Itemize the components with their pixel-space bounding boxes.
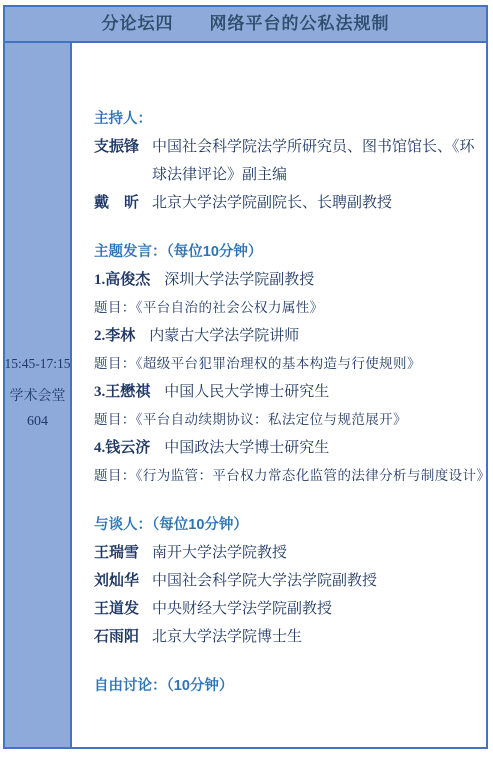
person-name: 刘灿华 [94,567,152,595]
person-desc: 北京大学法学院博士生 [152,623,478,651]
speaker-desc: 内蒙古大学法学院讲师 [149,328,299,344]
speaker-name: 2.李林 [94,328,135,344]
time-venue-cell: 15:45-17:15 学术会堂 604 [5,43,72,747]
person-name: 王道发 [94,595,152,623]
section-discussants: 与谈人：（每位10分钟） 王瑞雪 南开大学法学院教授 刘灿华 中国社会科学院大学… [94,511,478,651]
speaker-row: 3.王懋祺中国人民大学博士研究生 [94,378,478,406]
speaker-desc: 深圳大学法学院副教授 [164,272,314,288]
person-name: 王瑞雪 [94,539,152,567]
person-row: 石雨阳 北京大学法学院博士生 [94,623,478,651]
venue-room: 604 [27,409,48,434]
speaker-name: 1.高俊杰 [94,272,150,288]
section-label: 主题发言：（每位10分钟） [94,238,478,266]
topic-row: 题目：《行为监管：平台权力常态化监管的法律分析与制度设计》 [94,462,478,490]
person-desc: 中国社会科学院大学法学院副教授 [152,567,478,595]
speaker-row: 1.高俊杰深圳大学法学院副教授 [94,266,478,294]
person-name: 戴 昕 [94,189,152,217]
section-moderators: 主持人： 支振锋 中国社会科学院法学所研究员、图书馆馆长、《环球法律评论》副主编… [94,105,478,217]
topic-row: 题目：《平台自治的社会公权力属性》 [94,294,478,322]
person-row: 王瑞雪 南开大学法学院教授 [94,539,478,567]
program-table: 分论坛四 网络平台的公私法规制 15:45-17:15 学术会堂 604 主持人… [3,5,488,749]
table-body: 15:45-17:15 学术会堂 604 主持人： 支振锋 中国社会科学院法学所… [5,43,486,747]
section-speeches: 主题发言：（每位10分钟） 1.高俊杰深圳大学法学院副教授 题目：《平台自治的社… [94,238,478,490]
person-row: 王道发 中央财经大学法学院副教授 [94,595,478,623]
topic-row: 题目：《平台自动续期协议：私法定位与规范展开》 [94,406,478,434]
section-label: 主持人： [94,105,478,133]
person-name: 石雨阳 [94,623,152,651]
section-label: 与谈人：（每位10分钟） [94,511,478,539]
person-desc: 北京大学法学院副院长、长聘副教授 [152,189,478,217]
section-label: 自由讨论：（10分钟） [94,672,478,700]
speaker-name: 3.王懋祺 [94,384,150,400]
section-free-discussion: 自由讨论：（10分钟） [94,672,478,700]
speaker-row: 4.钱云济中国政法大学博士研究生 [94,434,478,462]
session-time: 15:45-17:15 [5,356,71,372]
speaker-desc: 中国政法大学博士研究生 [164,440,329,456]
person-name: 支振锋 [94,133,152,189]
venue-name: 学术会堂 [10,384,66,409]
person-desc: 南开大学法学院教授 [152,539,478,567]
person-row: 戴 昕 北京大学法学院副院长、长聘副教授 [94,189,478,217]
topic-row: 题目：《超级平台犯罪治理权的基本构造与行使规则》 [94,350,478,378]
program-content: 主持人： 支振锋 中国社会科学院法学所研究员、图书馆馆长、《环球法律评论》副主编… [72,43,486,747]
person-row: 支振锋 中国社会科学院法学所研究员、图书馆馆长、《环球法律评论》副主编 [94,133,478,189]
person-row: 刘灿华 中国社会科学院大学法学院副教授 [94,567,478,595]
speaker-desc: 中国人民大学博士研究生 [164,384,329,400]
speaker-name: 4.钱云济 [94,440,150,456]
person-desc: 中央财经大学法学院副教授 [152,595,478,623]
speaker-row: 2.李林内蒙古大学法学院讲师 [94,322,478,350]
forum-title: 分论坛四 网络平台的公私法规制 [5,7,486,43]
person-desc: 中国社会科学院法学所研究员、图书馆馆长、《环球法律评论》副主编 [152,133,478,189]
